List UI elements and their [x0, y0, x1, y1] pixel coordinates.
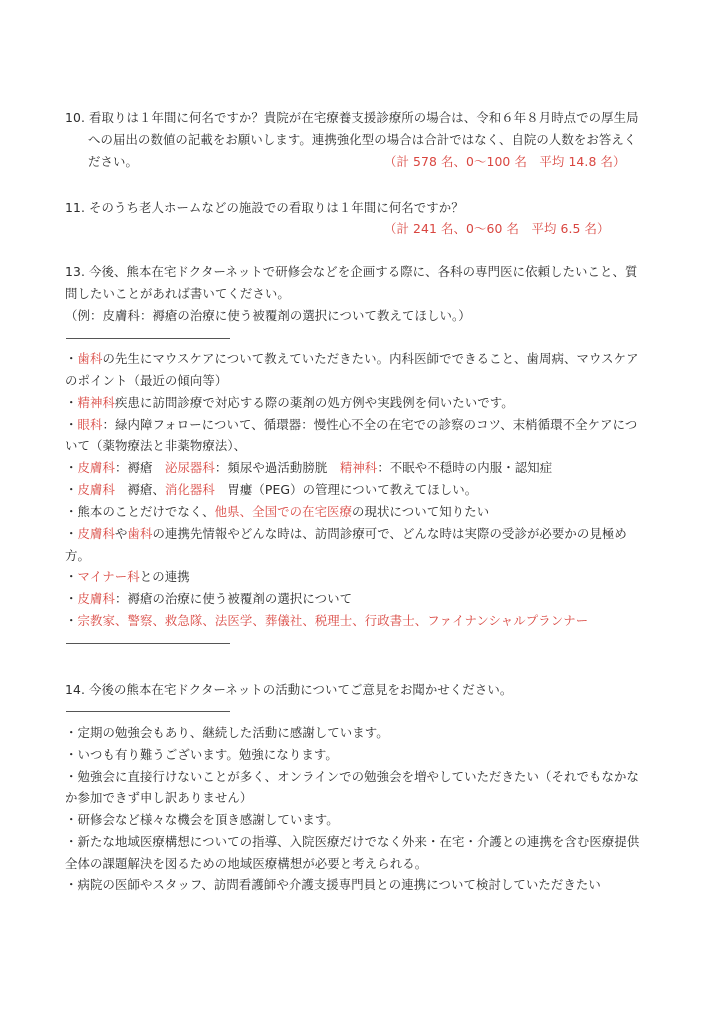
answer-item: ・研修会など様々な機会を頂き感謝しています。 [65, 810, 339, 830]
divider-line [66, 711, 230, 712]
answer-item-cont: か参加できず申し訳ありません） [65, 788, 252, 808]
question-14-text: 14. 今後の熊本在宅ドクターネットの活動についてご意見をお聞かせください。 [65, 680, 512, 700]
question-10-text-cont: ださい。 [88, 152, 138, 172]
answer-item: ・新たな地域医療構想についての指導、入院医療だけでなく外来・在宅・介護との連携を… [65, 832, 639, 852]
answer-item: ・病院の医師やスタッフ、訪問看護師や介護支援専門員との連携について検討していただ… [65, 875, 601, 895]
answer-item: ・マイナー科との連携 [65, 567, 190, 587]
answer-item: ・皮膚科 褥瘡、消化器科 胃瘻（PEG）の管理について教えてほしい。 [65, 480, 477, 500]
question-11-summary: （計 241 名、0～60 名 平均 6.5 名） [384, 219, 610, 239]
divider-line [66, 338, 230, 339]
question-11-text: 11. そのうち老人ホームなどの施設での看取りは１年間に何名ですか？ [65, 198, 464, 218]
answer-item: ・いつも有り難うございます。勉強になります。 [65, 745, 338, 765]
answer-item: ・勉強会に直接行けないことが多く、オンラインでの勉強会を増やしていただきたい（そ… [65, 767, 639, 787]
answer-item: ・熊本のことだけでなく、他県、全国での在宅医療の現状について知りたい [65, 502, 489, 522]
answer-item: ・皮膚科：褥瘡 泌尿器科：頻尿や過活動膀胱 精神科：不眠や不穏時の内服・認知症 [65, 458, 552, 478]
question-13-text-cont: 問したいことがあれば書いてください。 [65, 284, 290, 304]
answer-item: ・皮膚科や歯科の連携先情報やどんな時は、訪問診療可で、どんな時は実際の受診が必要… [65, 524, 627, 544]
answer-item-cont: 全体の課題解決を図るための地域医療構想が必要と考えられる。 [65, 854, 427, 874]
answer-item: ・宗教家、警察、救急隊、法医学、葬儀社、税理士、行政書士、ファイナンシャルプラン… [65, 611, 588, 631]
answer-item: ・眼科：緑内障フォローについて、循環器：慢性心不全の在宅での診察のコツ、末梢循環… [65, 415, 637, 435]
answer-item-cont: のポイント（最近の傾向等） [65, 371, 227, 391]
question-10-text: 10. 看取りは１年間に何名ですか？貴院が在宅療養支援診療所の場合は、令和６年８… [65, 108, 639, 128]
question-10-text-cont: への届出の数値の記載をお願いします。連携強化型の場合は合計ではなく、自院の人数を… [88, 130, 636, 150]
answer-item: ・皮膚科：褥瘡の治療に使う被覆剤の選択について [65, 589, 352, 609]
question-10-summary: （計 578 名、0～100 名 平均 14.8 名） [384, 152, 625, 172]
answer-item: ・歯科の先生にマウスケアについて教えていただきたい。内科医師でできること、歯周病… [65, 349, 639, 369]
answer-item: ・定期の勉強会もあり、継続した活動に感謝しています。 [65, 723, 389, 743]
answer-item-cont: いて（薬物療法と非薬物療法）、 [65, 436, 246, 456]
question-13-example: （例：皮膚科：褥瘡の治療に使う被覆剤の選択について教えてほしい。） [65, 306, 471, 326]
answer-item-cont: 方。 [65, 546, 90, 566]
question-13-text: 13. 今後、熊本在宅ドクターネットで研修会などを企画する際に、各科の専門医に依… [65, 262, 638, 282]
answer-item: ・精神科疾患に訪問診療で対応する際の薬剤の処方例や実践例を伺いたいです。 [65, 393, 514, 413]
divider-line [66, 643, 230, 644]
document-page: 10. 看取りは１年間に何名ですか？貴院が在宅療養支援診療所の場合は、令和６年８… [0, 0, 724, 1024]
